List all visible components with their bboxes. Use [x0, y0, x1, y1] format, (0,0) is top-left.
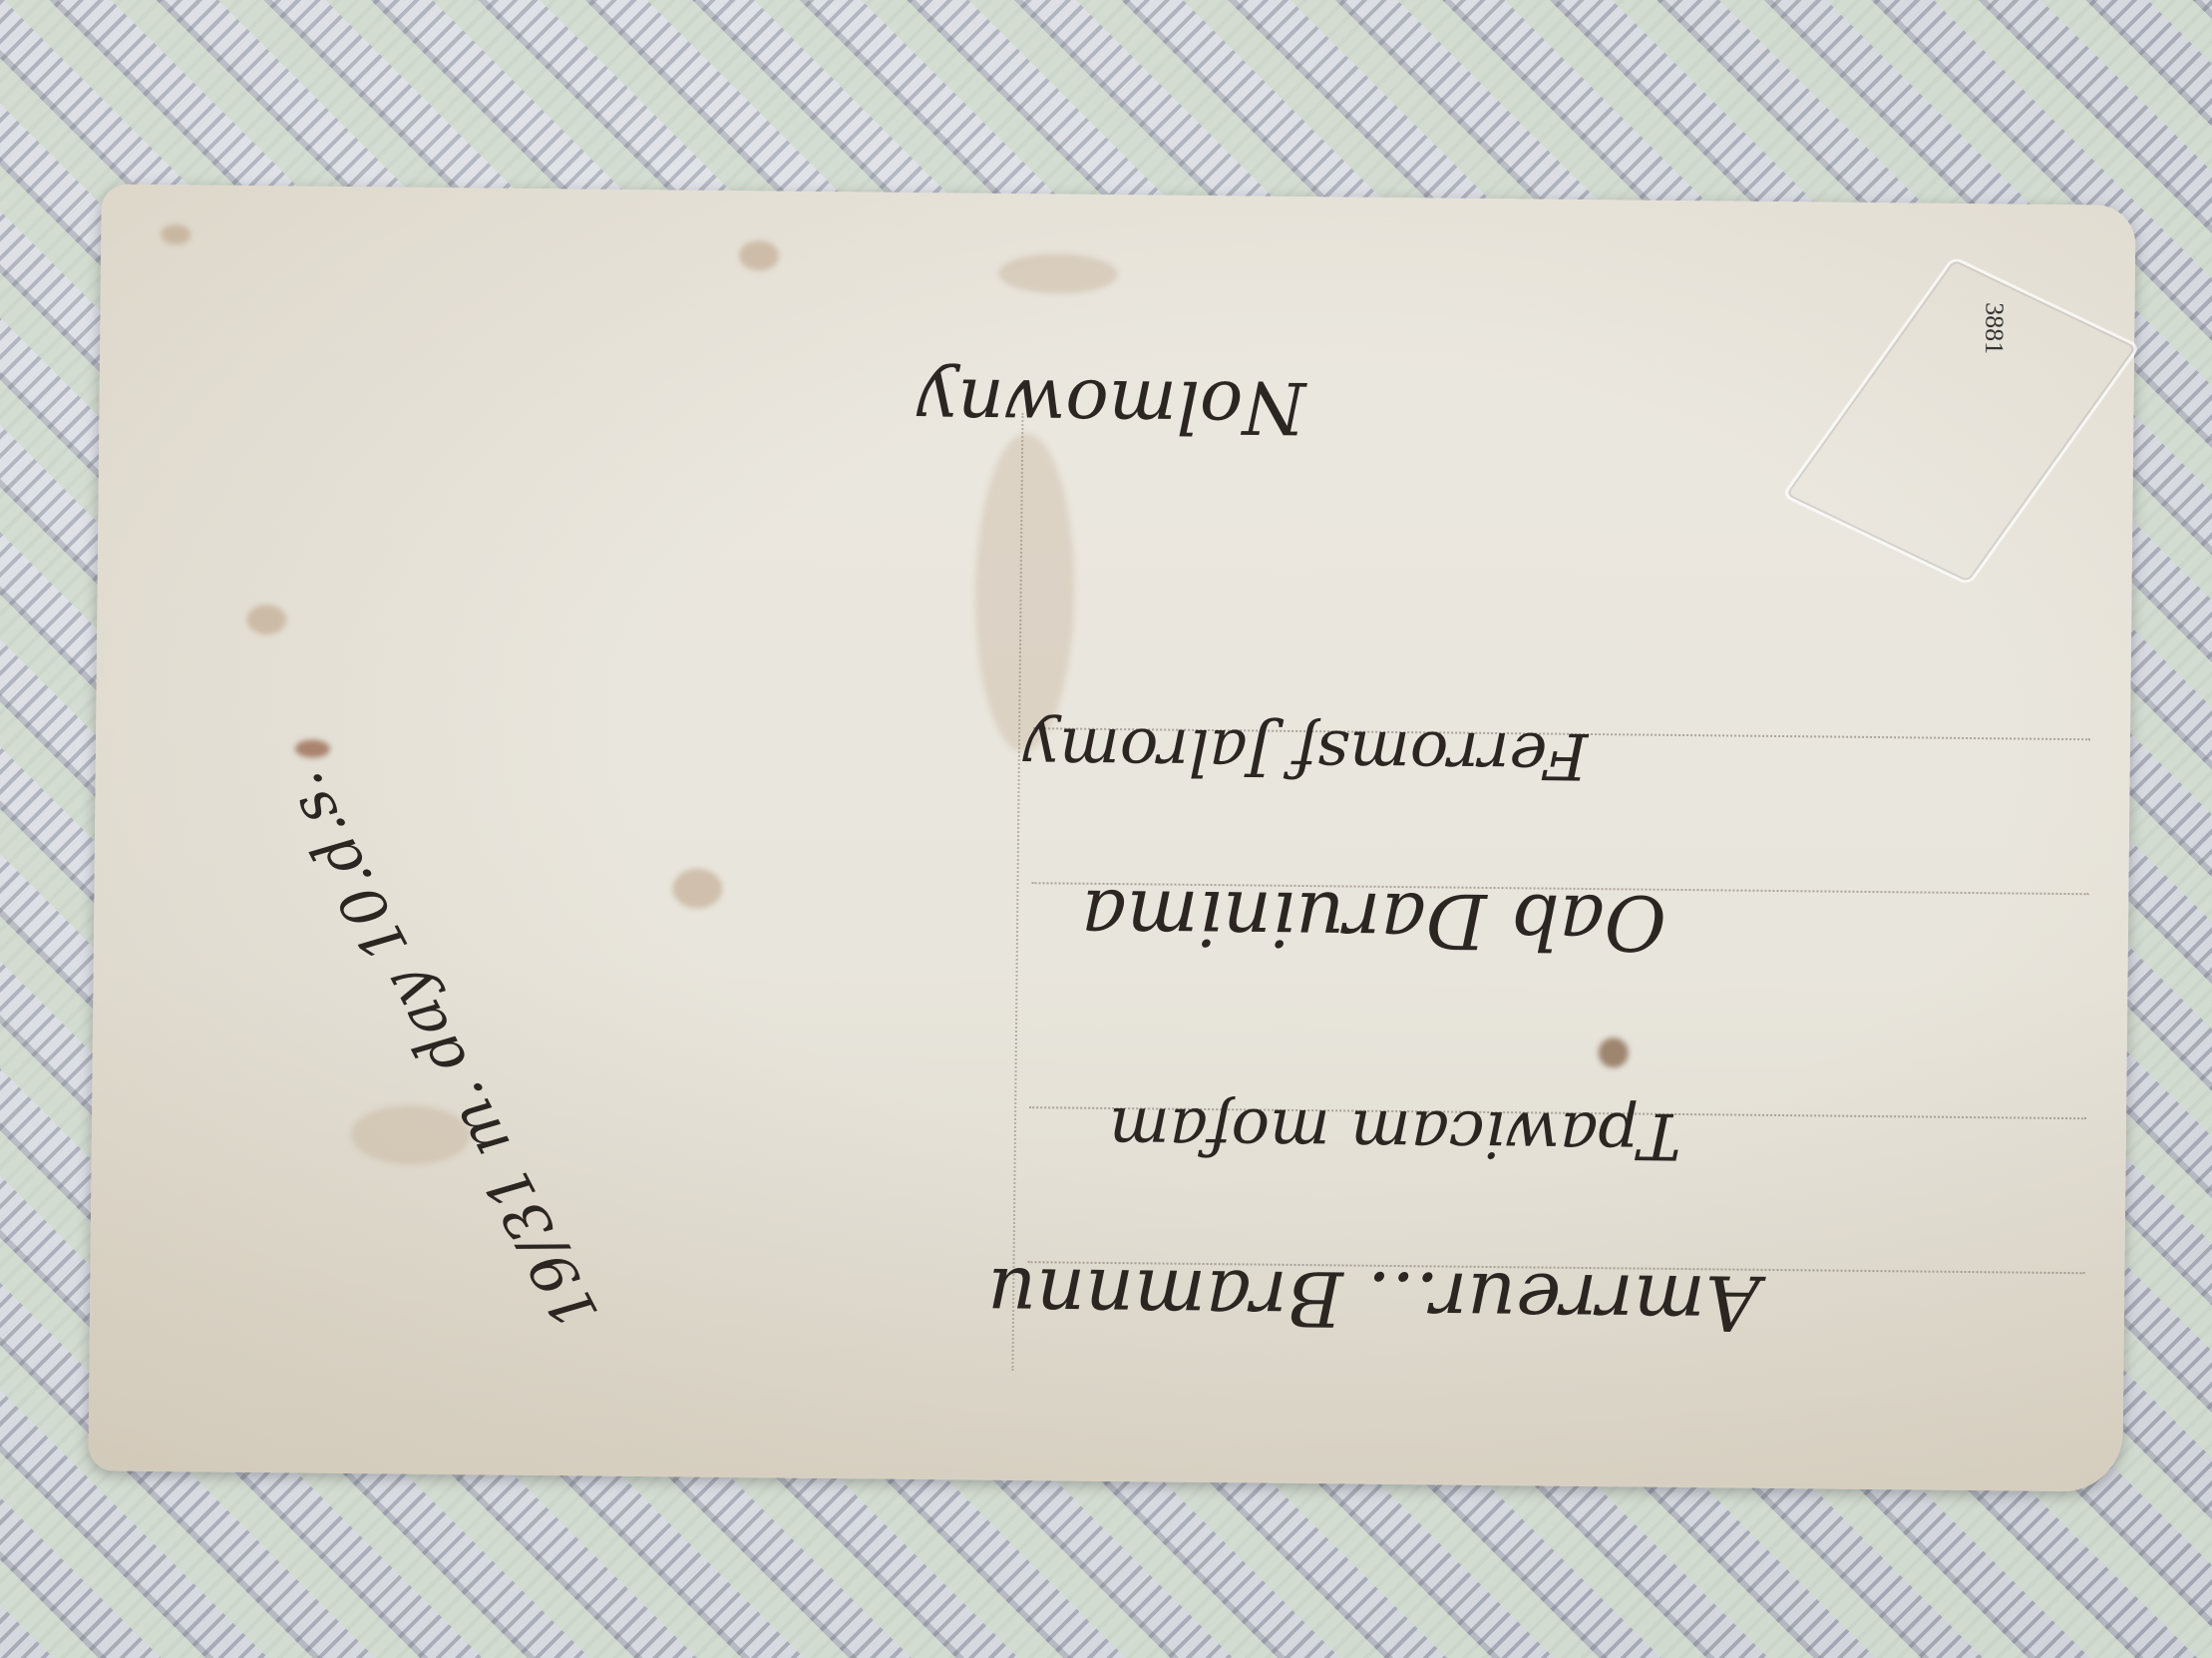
date-note: 19/31 m. day 10.d.s. — [267, 761, 612, 1340]
inscription-line-5: Amrreur... Bramnnu — [987, 1251, 1760, 1348]
inscription-line-4: Tpawicam mofam — [1109, 1092, 1682, 1172]
stain-spot — [672, 868, 722, 909]
embossed-stamp — [1781, 255, 2141, 586]
stain-spot — [998, 253, 1118, 294]
stamp-number: 3881 — [1979, 302, 2010, 354]
antique-photo-card-back: 3881 Nolmowny Ferromsf Jalromy Oab Darui… — [88, 184, 2135, 1491]
stain-spot — [161, 224, 190, 244]
stain-spot — [739, 240, 779, 270]
stain-spot — [1599, 1037, 1629, 1067]
inscription-line-2: Ferromsf Jalromy — [1023, 712, 1589, 792]
stain-smear — [973, 433, 1076, 753]
stain-spot — [246, 605, 286, 634]
stain-spot — [295, 739, 330, 757]
inscription-line-1: Nolmowny — [917, 362, 1306, 450]
inscription-line-3: Oab Daruinima — [1081, 873, 1667, 968]
